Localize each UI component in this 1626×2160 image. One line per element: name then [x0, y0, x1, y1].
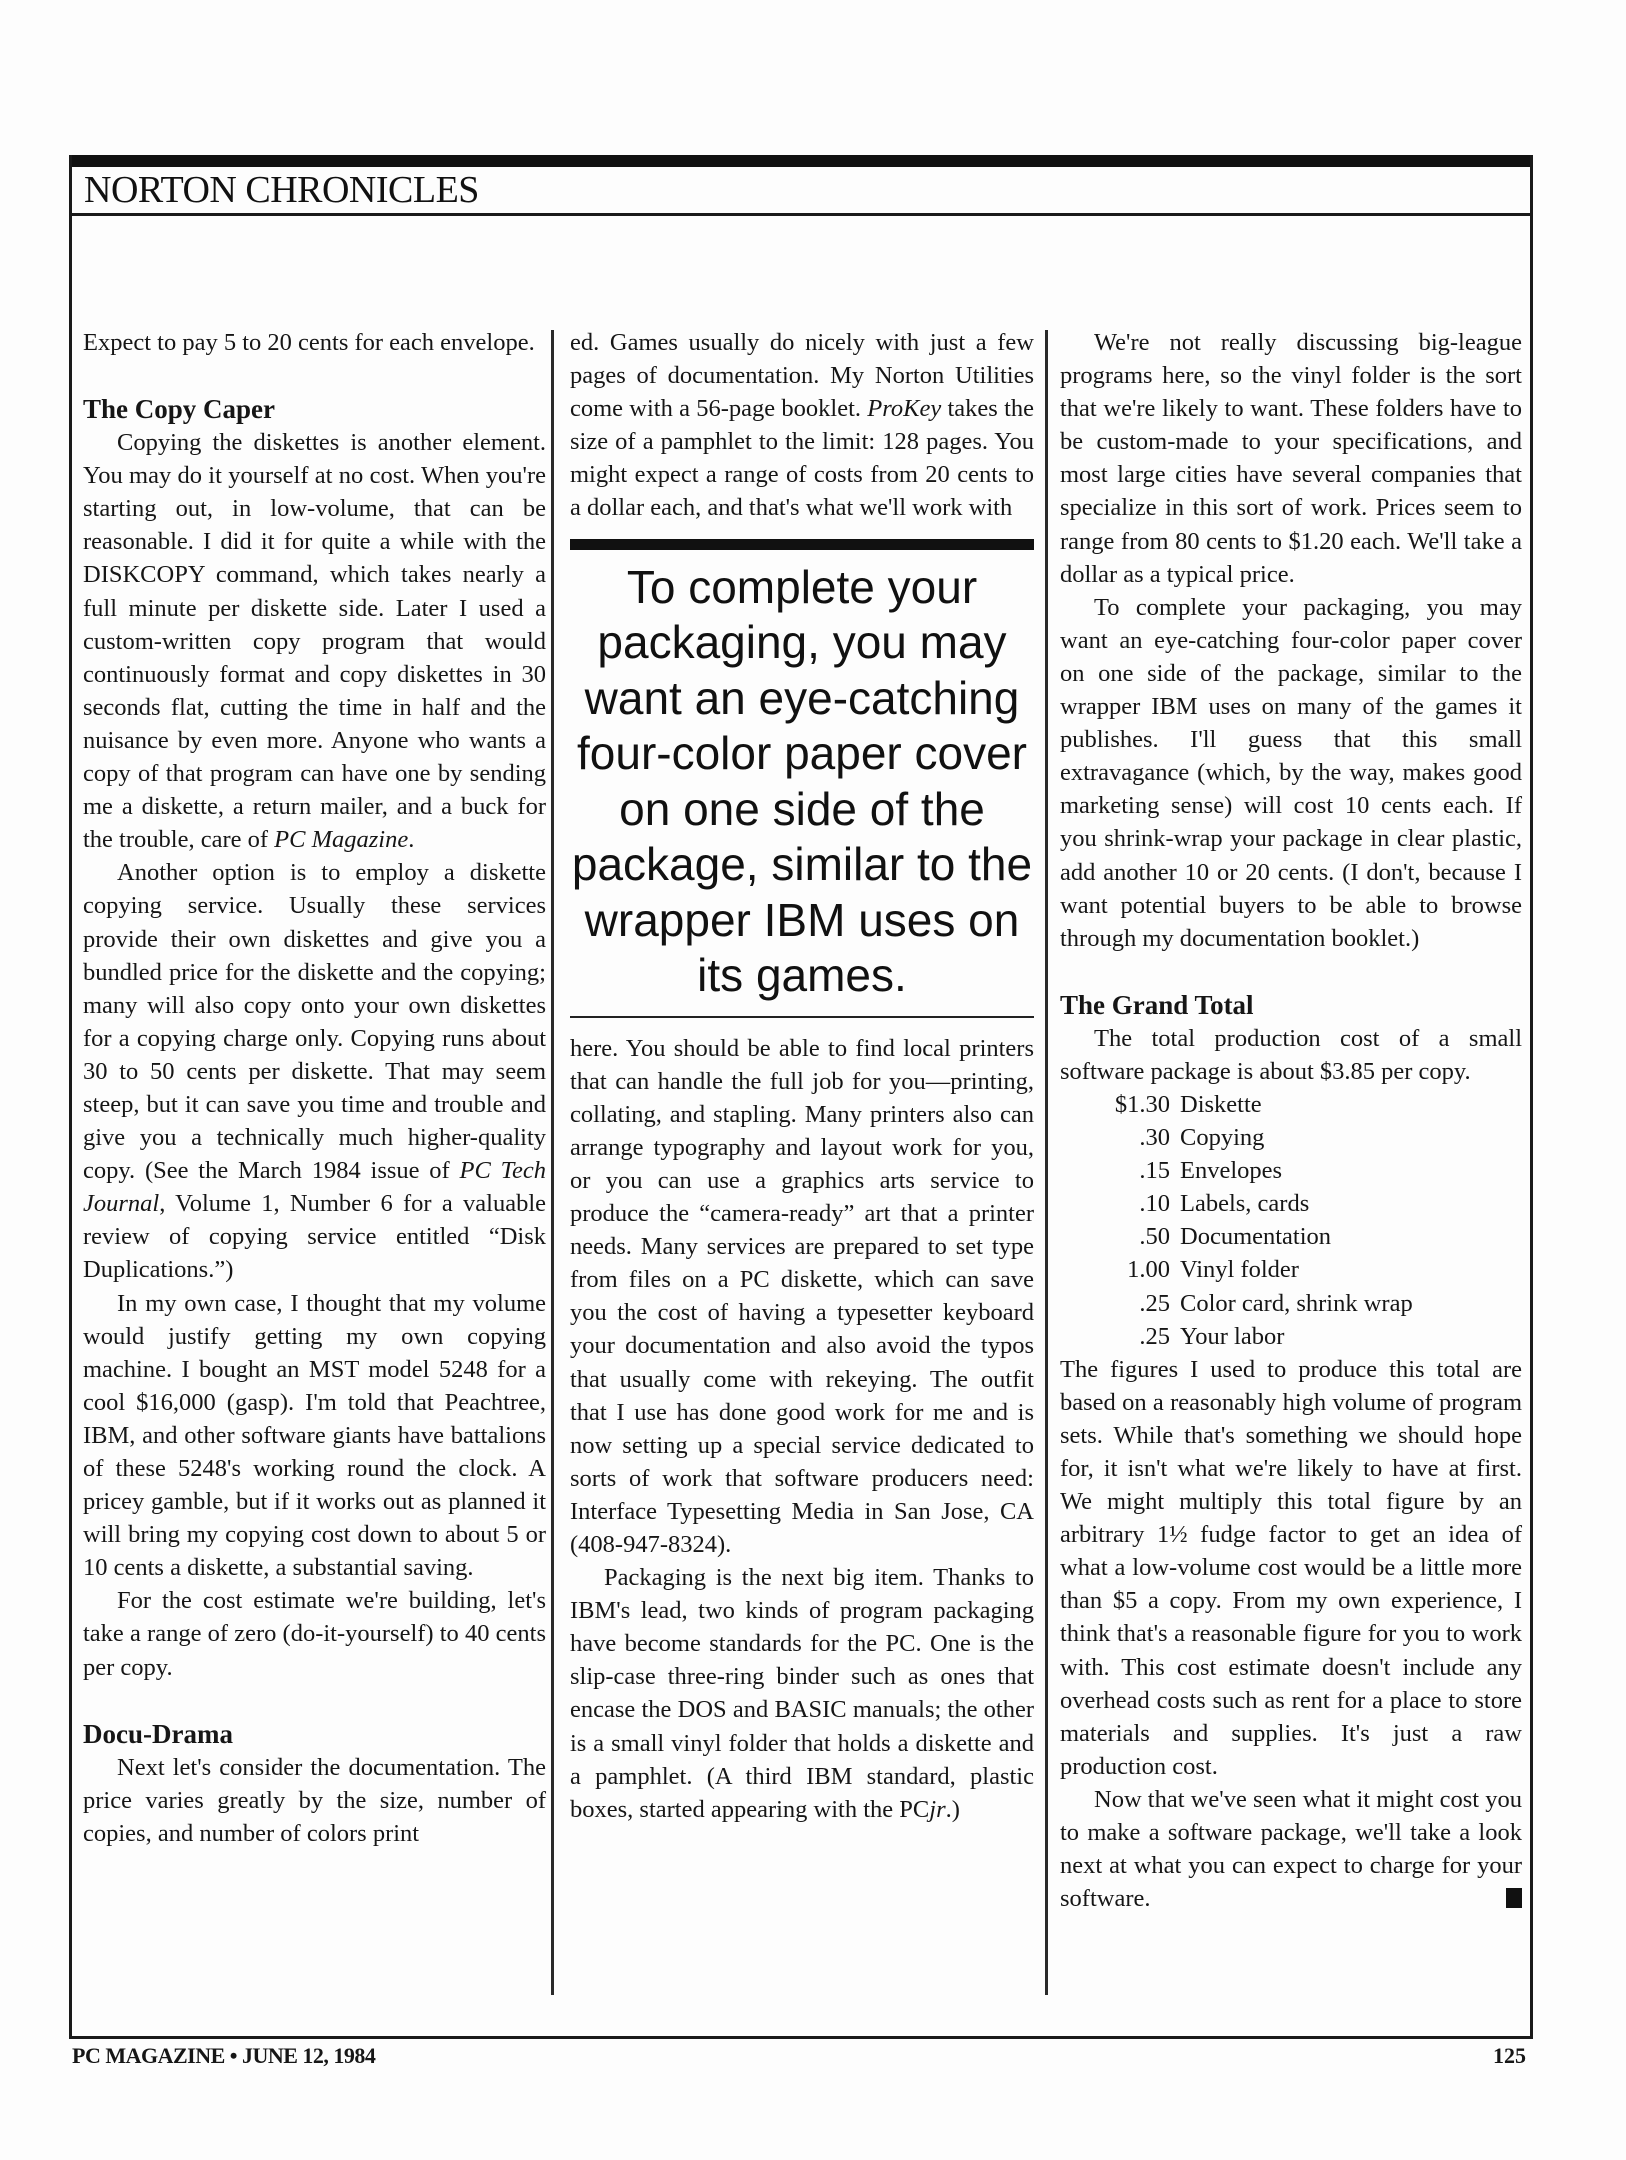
cost-item: .10Labels, cards: [1060, 1187, 1522, 1220]
paragraph: ed. Games usually do nicely with just a …: [570, 326, 1034, 525]
cost-item: .50Documentation: [1060, 1220, 1522, 1253]
cost-label: Vinyl folder: [1180, 1253, 1299, 1286]
cost-label: Your labor: [1180, 1320, 1284, 1353]
cost-label: Envelopes: [1180, 1154, 1282, 1187]
cost-breakdown-list: $1.30Diskette .30Copying .15Envelopes .1…: [1060, 1088, 1522, 1353]
intro-paragraph: Expect to pay 5 to 20 cents for each env…: [83, 326, 546, 359]
paragraph: Next let's consider the documentation. T…: [83, 1751, 546, 1850]
cost-amount: 1.00: [1060, 1253, 1180, 1286]
paragraph-text: Packaging is the next big item. Thanks t…: [570, 1564, 1034, 1823]
paragraph-text: Now that we've seen what it might cost y…: [1060, 1786, 1522, 1912]
cost-label: Labels, cards: [1180, 1187, 1309, 1220]
column-divider-2: [1045, 330, 1048, 1995]
cost-label: Copying: [1180, 1121, 1264, 1154]
cost-amount: .50: [1060, 1220, 1180, 1253]
paragraph: We're not really discussing big-league p…: [1060, 326, 1522, 591]
article-column-3: We're not really discussing big-league p…: [1060, 326, 1522, 1915]
paragraph: For the cost estimate we're building, le…: [83, 1584, 546, 1683]
publication-footer: PC MAGAZINE • JUNE 12, 1984: [72, 2043, 375, 2069]
paragraph-text: .: [408, 826, 414, 853]
paragraph: Another option is to employ a diskette c…: [83, 856, 546, 1286]
cost-label: Diskette: [1180, 1088, 1262, 1121]
section-heading-grand-total: The Grand Total: [1060, 988, 1522, 1022]
cost-item: .15Envelopes: [1060, 1154, 1522, 1187]
italic-text: PC Maga­zine: [274, 826, 408, 853]
article-column-1: Expect to pay 5 to 20 cents for each env…: [83, 326, 546, 1850]
paragraph-text: Copying the diskettes is another ele­men…: [83, 429, 546, 853]
cost-item: $1.30Diskette: [1060, 1088, 1522, 1121]
pull-quote-top-rule: [570, 539, 1034, 550]
paragraph: The figures I used to produce this total…: [1060, 1353, 1522, 1783]
paragraph: here. You should be able to find local p…: [570, 1032, 1034, 1562]
italic-text: ProKey: [867, 395, 941, 422]
cost-item: .25Your labor: [1060, 1320, 1522, 1353]
paragraph: The total production cost of a small sof…: [1060, 1022, 1522, 1088]
header-rule: [69, 213, 1533, 216]
column-title: NORTON CHRONICLES: [84, 168, 479, 212]
pull-quote: To complete your packaging, you may want…: [570, 560, 1034, 1004]
paragraph: Packaging is the next big item. Thanks t…: [570, 1561, 1034, 1826]
paragraph: Copying the diskettes is another ele­men…: [83, 426, 546, 856]
cost-amount: .15: [1060, 1154, 1180, 1187]
cost-item: .25Color card, shrink wrap: [1060, 1287, 1522, 1320]
cost-item: .30Copying: [1060, 1121, 1522, 1154]
pull-quote-bottom-rule: [570, 1016, 1034, 1018]
cost-amount: .25: [1060, 1320, 1180, 1353]
cost-item: 1.00Vinyl folder: [1060, 1253, 1522, 1286]
end-of-article-mark-icon: [1506, 1888, 1522, 1908]
section-heading-copy-caper: The Copy Caper: [83, 392, 546, 426]
cost-label: Documentation: [1180, 1220, 1331, 1253]
paragraph-text: Another option is to employ a diskette c…: [83, 859, 546, 1184]
paragraph: In my own case, I thought that my vol­um…: [83, 1287, 546, 1585]
cost-amount: $1.30: [1060, 1088, 1180, 1121]
section-heading-docu-drama: Docu-Drama: [83, 1717, 546, 1751]
cost-label: Color card, shrink wrap: [1180, 1287, 1413, 1320]
paragraph: Now that we've seen what it might cost y…: [1060, 1783, 1522, 1915]
article-column-2: ed. Games usually do nicely with just a …: [570, 326, 1034, 1826]
column-divider-1: [551, 330, 554, 1995]
page-number: 125: [1493, 2043, 1526, 2069]
paragraph-text: .): [946, 1796, 960, 1823]
cost-amount: .10: [1060, 1187, 1180, 1220]
italic-text: jr: [929, 1796, 945, 1823]
paragraph: To complete your packaging, you may want…: [1060, 591, 1522, 955]
cost-amount: .30: [1060, 1121, 1180, 1154]
cost-amount: .25: [1060, 1287, 1180, 1320]
